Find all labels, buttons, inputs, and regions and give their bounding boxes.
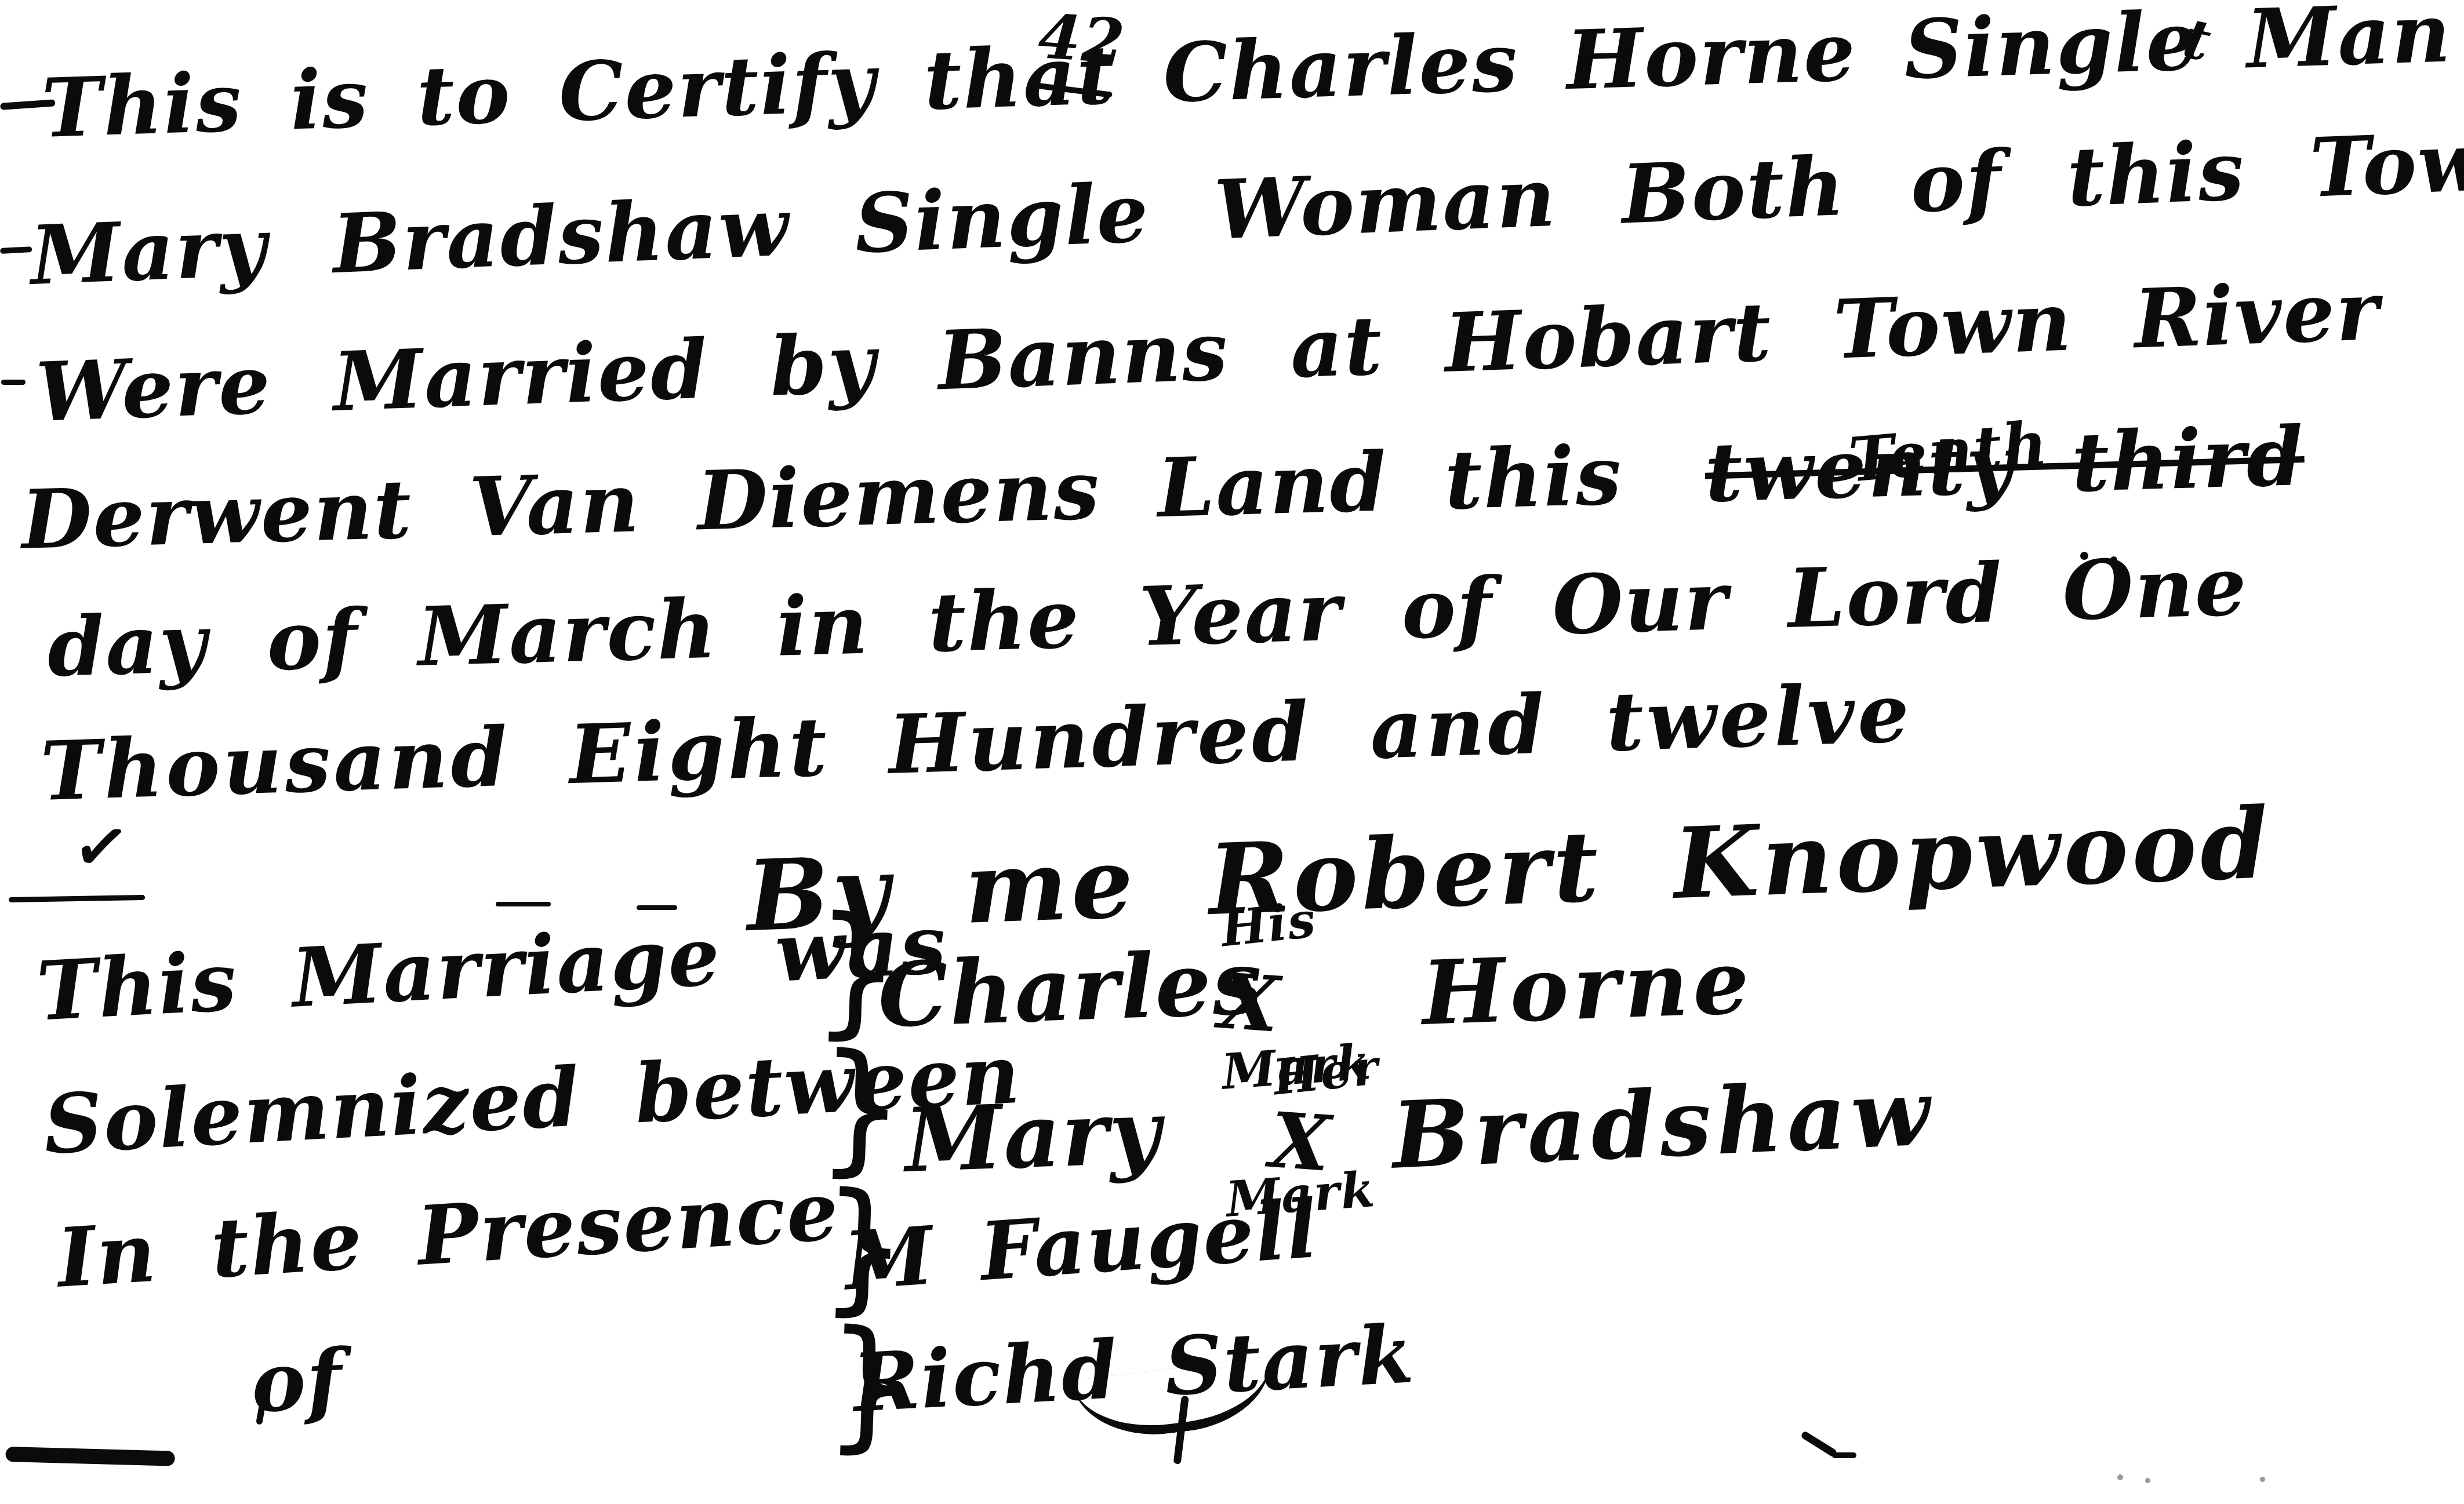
bride-first-name: Mary xyxy=(903,1088,1163,1185)
attestation-line-3: In the Presence xyxy=(55,1171,841,1299)
handwritten-line-2: Mary Bradshaw Single Woman Both of this … xyxy=(29,119,2464,297)
handwritten-line-6: Thousand Eight Hundred and twelve xyxy=(39,673,1913,813)
handwritten-line-4: Derwent Van Diemens Land this twenty thi… xyxy=(20,416,2305,561)
document-page: 42 t This is to Certify that Charles Hor… xyxy=(0,0,2464,1504)
handwritten-line-5: day of March in the Year of Our Lord One xyxy=(46,546,2248,689)
ink-dot xyxy=(2260,1477,2265,1482)
attestation-brace: } xyxy=(816,1035,907,1181)
groom-x-mark: X xyxy=(1217,963,1282,1044)
bride-mark-label-top: Her xyxy=(1271,1043,1382,1102)
faded-rule xyxy=(9,895,145,902)
witness-signature-1: M Faugell xyxy=(842,1189,1321,1302)
line-4-lead: Derwent Van Diemens Land this xyxy=(20,428,1624,568)
ink-tick xyxy=(1832,1452,1856,1458)
groom-first-name: Charles xyxy=(877,938,1264,1040)
bride-surname: Bradshaw xyxy=(1390,1067,1936,1182)
check-mark: ✓ xyxy=(69,810,135,884)
attestation-line-1: This Marriage was xyxy=(35,904,949,1033)
margin-dash xyxy=(0,246,32,254)
ink-smudge xyxy=(5,1447,175,1466)
struck-through-text: twenty third xyxy=(1704,409,2306,521)
handwritten-line-1: This is to Certify that Charles Horne Si… xyxy=(41,0,2464,150)
faded-rule xyxy=(637,905,677,910)
groom-mark-label-top: His xyxy=(1219,895,1318,954)
officiant-signature-line: By me Robert Knopwood xyxy=(745,794,2273,945)
margin-dash xyxy=(1,380,26,385)
groom-surname: Horne xyxy=(1420,938,1755,1037)
ink-dot xyxy=(2117,1474,2123,1480)
ink-dot xyxy=(2145,1478,2150,1483)
faded-rule xyxy=(496,902,551,906)
